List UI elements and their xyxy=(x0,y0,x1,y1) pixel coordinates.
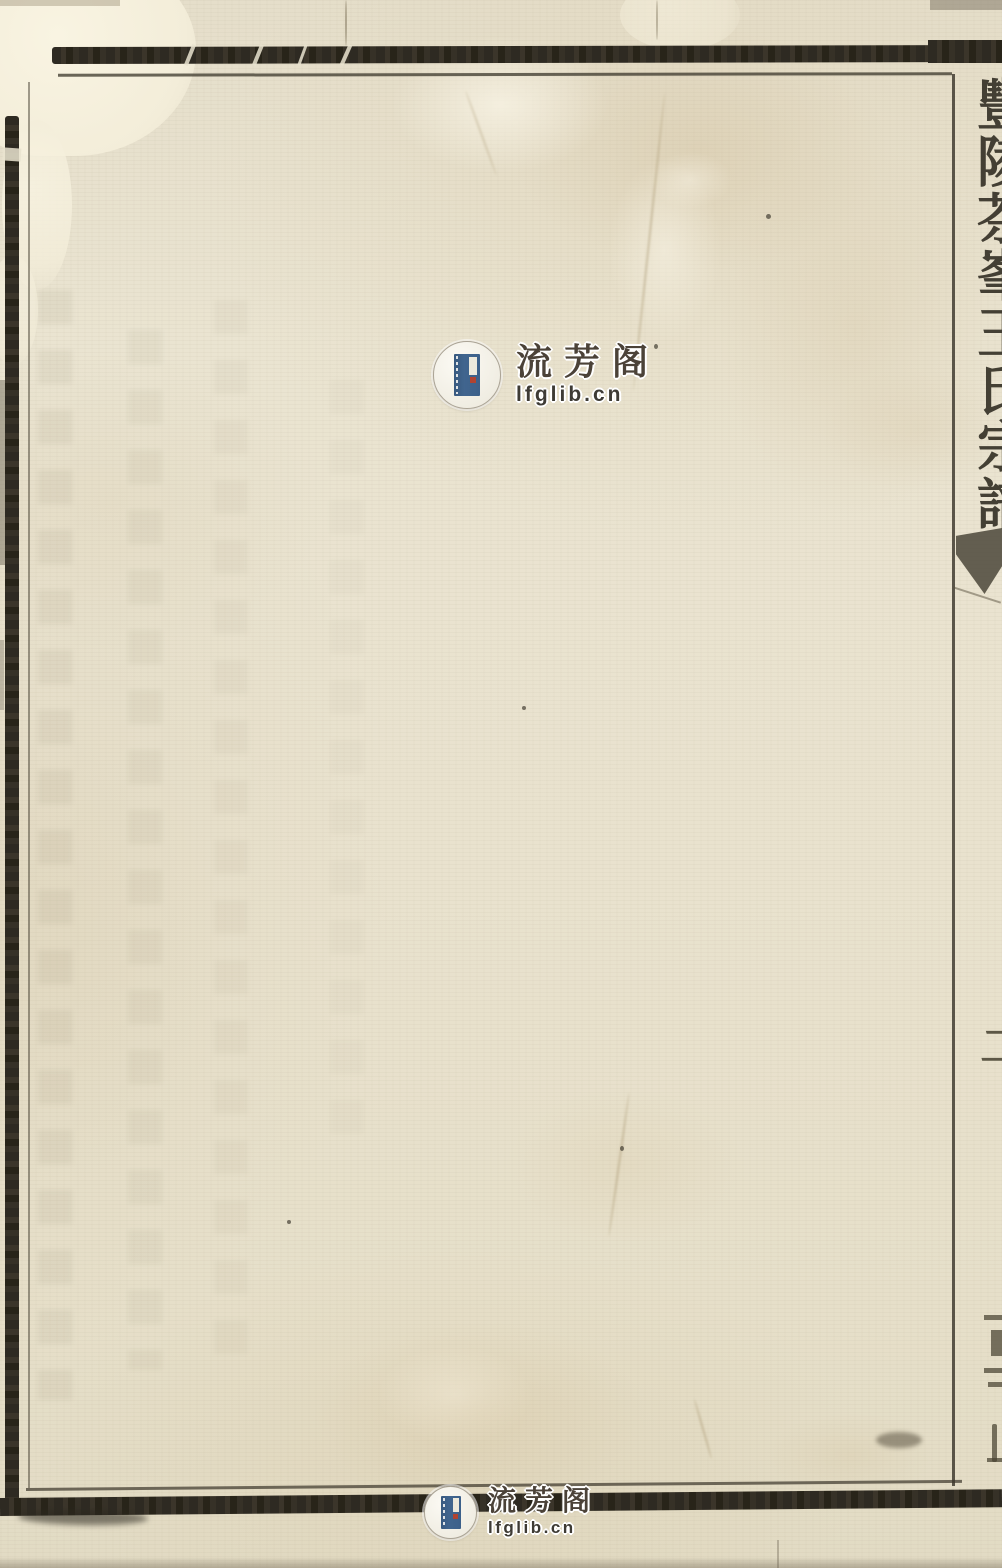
watermark-badge xyxy=(424,1486,477,1539)
book-title-label xyxy=(469,357,477,375)
crease-line xyxy=(345,0,347,46)
ink-speck xyxy=(766,214,771,219)
crease-line xyxy=(656,0,658,40)
genealogy-scan-page: 豐陵茶峯王氏宗譜 二 流芳阁 lfglib.cn xyxy=(0,0,1002,1568)
paper-fibre-texture xyxy=(0,0,1002,1568)
paper-stain-overlay xyxy=(0,0,1002,1568)
frame-top-border xyxy=(52,45,1002,64)
smudge-stain xyxy=(876,1432,922,1448)
frame-left-inner-line xyxy=(28,82,30,1488)
ink-gap xyxy=(297,44,307,66)
spine-stroke-fragment xyxy=(992,1424,997,1462)
torn-paper-patch xyxy=(2,120,72,290)
spine-crease-line xyxy=(953,586,1001,603)
book-seal xyxy=(453,1514,458,1519)
crease-line xyxy=(465,90,498,175)
spine-stroke-fragment xyxy=(984,1368,1002,1373)
watermark-text: 流芳阁 lfglib.cn xyxy=(488,1488,599,1538)
spine-title-text: 豐陵茶峯王氏宗譜 xyxy=(971,76,1002,546)
spine-stroke-fragment xyxy=(988,1382,1002,1387)
torn-paper-patch xyxy=(0,255,38,365)
frame-right-inner-line xyxy=(952,74,955,1486)
spine-fragment-char: 二 xyxy=(980,1008,1002,1077)
ink-speck xyxy=(620,1146,624,1151)
spine-stroke-fragment xyxy=(984,1315,1002,1320)
frame-top-right-cap xyxy=(928,40,1002,63)
watermark-url: lfglib.cn xyxy=(516,383,660,407)
ink-gap xyxy=(252,44,264,66)
crease-line xyxy=(693,1399,712,1459)
scan-left-edge-mark xyxy=(0,380,5,565)
watermark-url: lfglib.cn xyxy=(488,1518,599,1538)
scan-top-edge-shadow xyxy=(930,0,1002,10)
book-stitching xyxy=(443,1498,445,1527)
spine-stroke-fragment xyxy=(991,1330,1002,1356)
scan-top-edge-shadow xyxy=(0,0,120,6)
ink-gap xyxy=(184,44,196,66)
torn-paper-patch xyxy=(0,0,196,156)
book-seal xyxy=(470,377,476,383)
watermark-text: 流芳阁 lfglib.cn xyxy=(516,344,660,407)
crease-line xyxy=(608,1093,630,1237)
spine-stroke-fragment xyxy=(987,1458,1002,1462)
watermark-bottom: 流芳阁 lfglib.cn xyxy=(424,1486,599,1539)
watermark-middle: 流芳阁 lfglib.cn xyxy=(433,341,660,409)
scan-bottom-crease xyxy=(777,1540,779,1568)
stitched-book-icon xyxy=(441,1496,461,1529)
torn-paper-patch xyxy=(620,0,740,50)
watermark-badge xyxy=(433,341,501,409)
ink-gap xyxy=(3,147,22,161)
ink-gap xyxy=(340,44,353,66)
stitched-book-icon xyxy=(454,354,480,396)
ink-smear xyxy=(18,1509,148,1526)
bleedthrough-column xyxy=(330,380,364,1140)
book-stitching xyxy=(456,356,458,394)
ink-speck xyxy=(287,1220,291,1224)
ink-speck xyxy=(522,706,526,710)
scan-bottom-edge-shadow xyxy=(0,1557,1002,1568)
scan-left-edge-mark xyxy=(0,640,4,710)
bleedthrough-column xyxy=(214,300,248,1380)
watermark-name: 流芳阁 xyxy=(488,1488,599,1516)
frame-left-border xyxy=(5,116,19,1512)
bleedthrough-column xyxy=(128,330,162,1370)
bleedthrough-column xyxy=(38,290,72,1400)
frame-top-inner-line xyxy=(58,72,952,76)
book-title-label xyxy=(453,1498,459,1512)
watermark-name: 流芳阁 xyxy=(516,344,660,380)
